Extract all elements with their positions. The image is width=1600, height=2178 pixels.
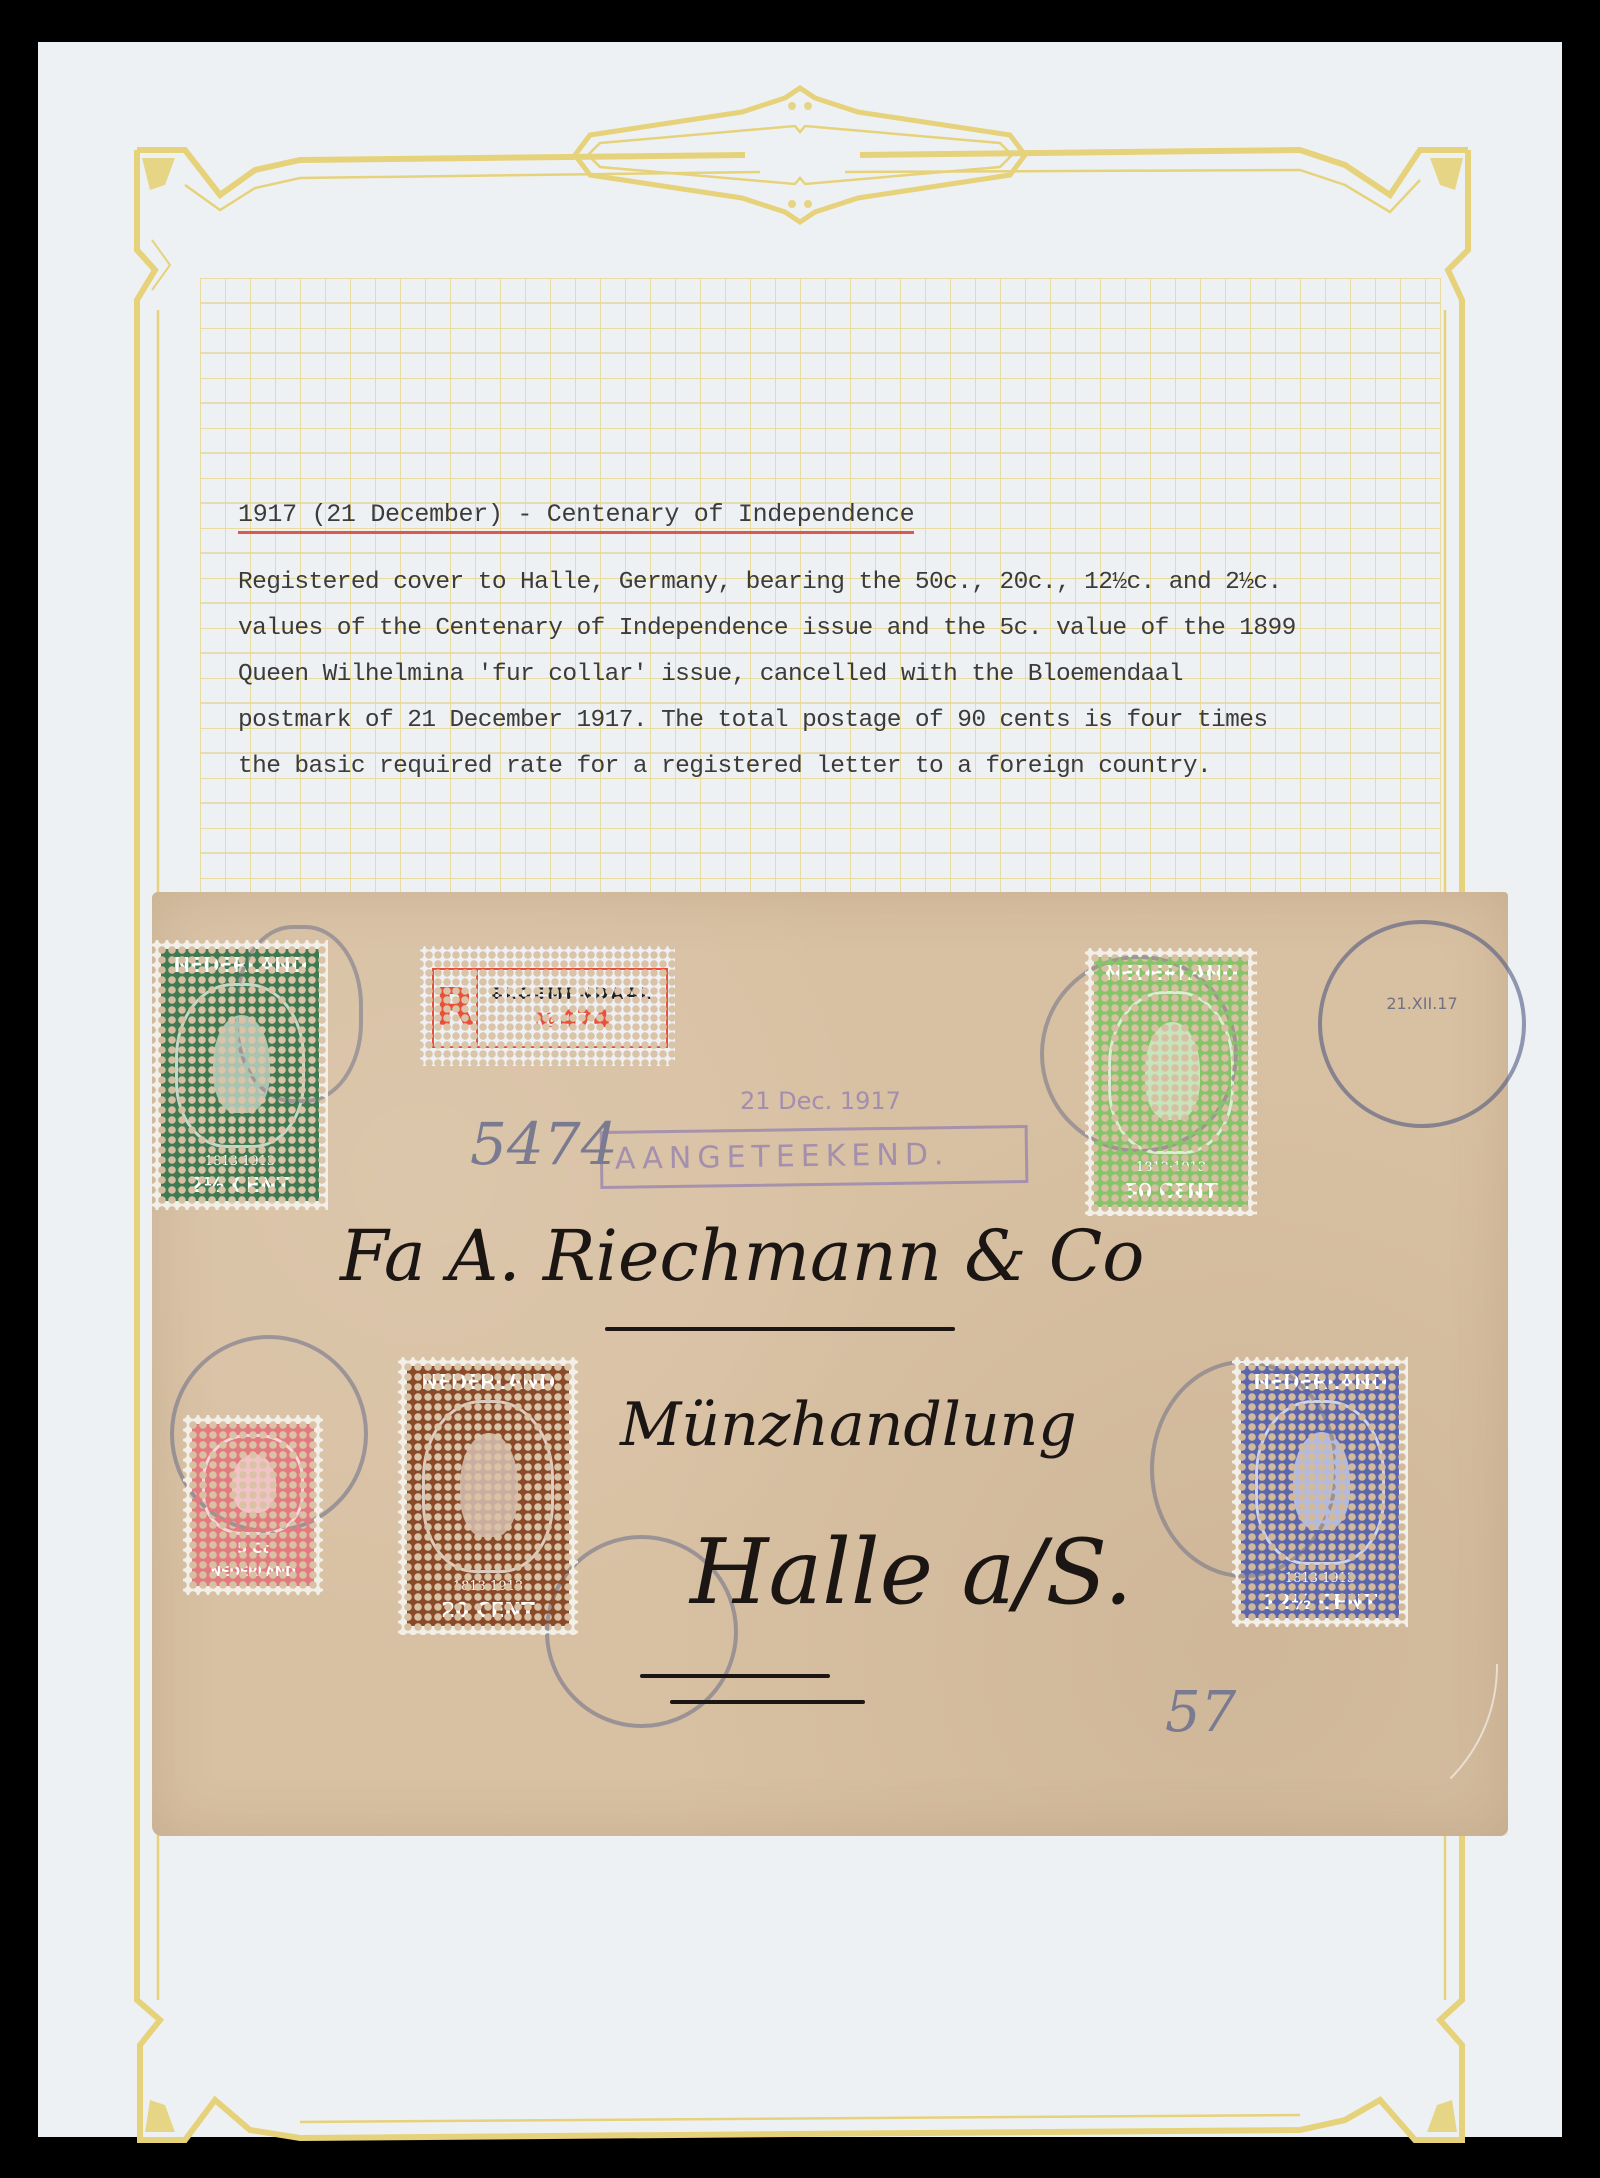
description-line: postmark of 21 December 1917. The total … — [238, 698, 1428, 744]
stamp-12-5-cent: NEDERLAND 1813·1913 12½ CENT — [1232, 1357, 1408, 1627]
address-line: Münzhandlung — [620, 1390, 1077, 1460]
description-line: Registered cover to Halle, Germany, bear… — [238, 560, 1428, 606]
pencil-note: 5474 — [470, 1110, 618, 1178]
stamp-5-cent-fur-collar: 5 Ct NEDERLAND — [183, 1415, 323, 1595]
page-heading: 1917 (21 December) - Centenary of Indepe… — [238, 500, 914, 534]
address-line: Halle a/S. — [690, 1520, 1133, 1625]
address-underline — [670, 1700, 865, 1704]
description-paragraph: Registered cover to Halle, Germany, bear… — [238, 560, 1428, 790]
registration-office: BLOEMENDAAL — [491, 984, 653, 1003]
stamp-2-5-cent: NEDERLAND 1813·1913 2½ CENT — [152, 940, 328, 1210]
address-line: Fa A. Riechmann & Co — [340, 1215, 1144, 1297]
postmark: 21.XII.17 — [1318, 920, 1526, 1128]
description-line: values of the Centenary of Independence … — [238, 606, 1428, 652]
stamp-50-cent: NEDERLAND 1813·1913 50 CENT — [1085, 948, 1257, 1216]
description-line: the basic required rate for a registered… — [238, 744, 1428, 790]
aangeteekend-cachet: AANGETEEKEND. — [600, 1125, 1029, 1189]
registration-letter: R — [434, 970, 478, 1046]
stamp-20-cent: NEDERLAND 1813·1913 20 CENT — [398, 1357, 578, 1635]
pencil-note: 57 — [1165, 1680, 1236, 1745]
description-block: 1917 (21 December) - Centenary of Indepe… — [238, 500, 1428, 790]
registration-number: №474 — [534, 1005, 610, 1033]
cachet-date: 21 Dec. 1917 — [740, 1087, 901, 1115]
description-line: Queen Wilhelmina 'fur collar' issue, can… — [238, 652, 1428, 698]
address-underline — [605, 1327, 955, 1331]
registration-label: R BLOEMENDAAL №474 — [420, 946, 675, 1066]
address-underline — [640, 1674, 830, 1678]
